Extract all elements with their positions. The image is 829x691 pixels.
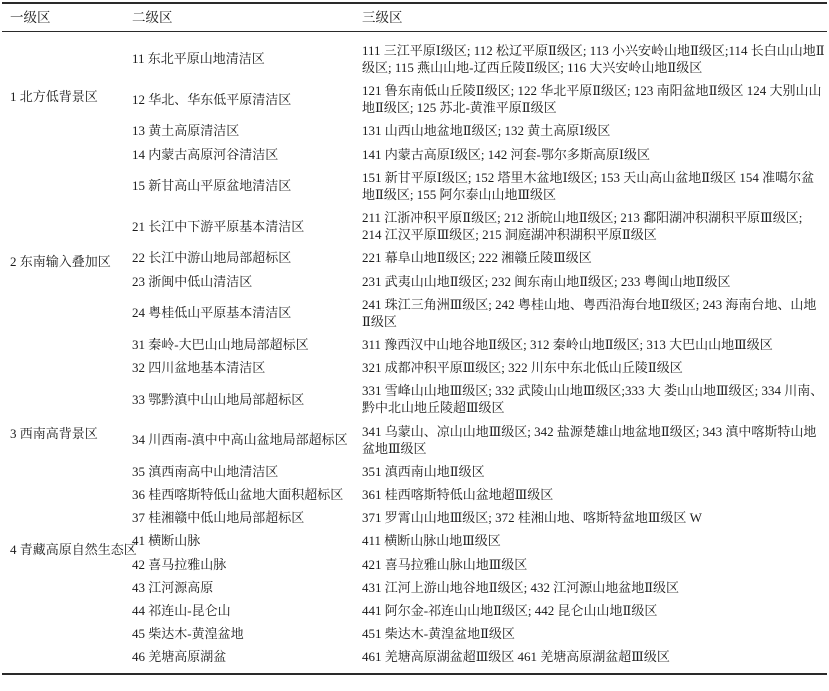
level2-region-cell: 34 川西南-滇中中高山盆地局部超标区: [132, 420, 362, 460]
level2-region-cell: 41 横断山脉: [132, 529, 362, 552]
level3-region-cell: 111 三江平原Ⅰ级区; 112 松辽平原Ⅱ级区; 113 小兴安岭山地Ⅱ级区;…: [362, 31, 827, 79]
level3-region-cell: 371 罗霄山山地Ⅲ级区; 372 桂湘山地、喀斯特盆地Ⅲ级区 W: [362, 506, 827, 529]
level2-region-cell: 14 内蒙古高原河谷清洁区: [132, 143, 362, 166]
level2-region-cell: 37 桂湘赣中低山地局部超标区: [132, 506, 362, 529]
level3-region-cell: 131 山西山地盆地Ⅱ级区; 132 黄土高原Ⅰ级区: [362, 119, 827, 142]
level3-region-cell: 141 内蒙古高原Ⅰ级区; 142 河套-鄂尔多斯高原Ⅰ级区: [362, 143, 827, 166]
level3-region-cell: 431 江河上游山地谷地Ⅱ级区; 432 江河源山地盆地Ⅱ级区: [362, 576, 827, 599]
level2-region-cell: 24 粤桂低山平原基本清洁区: [132, 293, 362, 333]
level3-region-cell: 411 横断山脉山地Ⅲ级区: [362, 529, 827, 552]
level1-region-label: 4 青藏高原自然生态区: [10, 541, 137, 558]
level3-region-cell: 341 乌蒙山、凉山山地Ⅲ级区; 342 盐源楚雄山地盆地Ⅱ级区; 343 滇中…: [362, 420, 827, 460]
level2-region-cell: 42 喜马拉雅山脉: [132, 553, 362, 576]
column-header-level1: 一级区: [2, 3, 132, 31]
level2-region-cell: 11 东北平原山地清洁区: [132, 31, 362, 79]
level2-region-cell: 35 滇西南高中山地清洁区: [132, 460, 362, 483]
header-row: 一级区 二级区 三级区: [2, 3, 827, 31]
level3-region-cell: 451 柴达木-黄湟盆地Ⅱ级区: [362, 622, 827, 645]
level1-region-cell: 2 东南输入叠加区: [2, 206, 132, 333]
level2-region-cell: 45 柴达木-黄湟盆地: [132, 622, 362, 645]
column-header-level2: 二级区: [132, 3, 362, 31]
level3-region-cell: 421 喜马拉雅山脉山地Ⅲ级区: [362, 553, 827, 576]
level3-region-cell: 121 鲁东南低山丘陵Ⅱ级区; 122 华北平原Ⅱ级区; 123 南阳盆地Ⅱ级区…: [362, 79, 827, 119]
level2-region-cell: 22 长江中游山地局部超标区: [132, 246, 362, 269]
table-row: 2 东南输入叠加区21 长江中下游平原基本清洁区211 江浙冲积平原Ⅱ级区; 2…: [2, 206, 827, 246]
table-row: 3 西南高背景区31 秦岭-大巴山山地局部超标区311 豫西汉中山地谷地Ⅱ级区;…: [2, 333, 827, 356]
document-page: 一级区 二级区 三级区 1 北方低背景区11 东北平原山地清洁区111 三江平原…: [0, 0, 829, 675]
level1-region-cell: 1 北方低背景区: [2, 31, 132, 206]
level3-region-cell: 211 江浙冲积平原Ⅱ级区; 212 浙皖山地Ⅱ级区; 213 鄱阳湖冲积湖积平…: [362, 206, 827, 246]
table-header: 一级区 二级区 三级区: [2, 3, 827, 31]
level1-region-label: 1 北方低背景区: [10, 88, 98, 105]
table-row: 4 青藏高原自然生态区41 横断山脉411 横断山脉山地Ⅲ级区: [2, 529, 827, 552]
level3-region-cell: 151 新甘平原Ⅰ级区; 152 塔里木盆地Ⅰ级区; 153 天山高山盆地Ⅱ级区…: [362, 166, 827, 206]
level2-region-cell: 12 华北、华东低平原清洁区: [132, 79, 362, 119]
level2-region-cell: 32 四川盆地基本清洁区: [132, 356, 362, 379]
level3-region-cell: 351 滇西南山地Ⅱ级区: [362, 460, 827, 483]
level2-region-cell: 33 鄂黔滇中山山地局部超标区: [132, 379, 362, 419]
level3-region-cell: 361 桂西喀斯特低山盆地超Ⅲ级区: [362, 483, 827, 506]
level3-region-cell: 441 阿尔金-祁连山山地Ⅱ级区; 442 昆仑山山地Ⅱ级区: [362, 599, 827, 622]
level1-region-cell: 4 青藏高原自然生态区: [2, 529, 132, 674]
level1-region-label: 2 东南输入叠加区: [10, 253, 111, 270]
table-row: 1 北方低背景区11 东北平原山地清洁区111 三江平原Ⅰ级区; 112 松辽平…: [2, 31, 827, 79]
level2-region-cell: 21 长江中下游平原基本清洁区: [132, 206, 362, 246]
level2-region-cell: 23 浙闽中低山清洁区: [132, 270, 362, 293]
level2-region-cell: 36 桂西喀斯特低山盆地大面积超标区: [132, 483, 362, 506]
level3-region-cell: 311 豫西汉中山地谷地Ⅱ级区; 312 秦岭山地Ⅱ级区; 313 大巴山山地Ⅲ…: [362, 333, 827, 356]
level3-region-cell: 321 成都冲积平原Ⅲ级区; 322 川东中东北低山丘陵Ⅱ级区: [362, 356, 827, 379]
column-header-level3: 三级区: [362, 3, 827, 31]
level2-region-cell: 46 羌塘高原湖盆: [132, 645, 362, 674]
level1-region-label: 3 西南高背景区: [10, 425, 98, 442]
table-body: 1 北方低背景区11 东北平原山地清洁区111 三江平原Ⅰ级区; 112 松辽平…: [2, 31, 827, 674]
level2-region-cell: 15 新甘高山平原盆地清洁区: [132, 166, 362, 206]
level3-region-cell: 331 雪峰山山地Ⅲ级区; 332 武陵山山地Ⅲ级区;333 大 娄山山地Ⅲ级区…: [362, 379, 827, 419]
level3-region-cell: 241 珠江三角洲Ⅲ级区; 242 粤桂山地、粤西沿海台地Ⅱ级区; 243 海南…: [362, 293, 827, 333]
region-classification-table: 一级区 二级区 三级区 1 北方低背景区11 东北平原山地清洁区111 三江平原…: [2, 2, 827, 675]
level1-region-cell: 3 西南高背景区: [2, 333, 132, 529]
level2-region-cell: 44 祁连山-昆仑山: [132, 599, 362, 622]
level3-region-cell: 221 幕阜山地Ⅱ级区; 222 湘赣丘陵Ⅲ级区: [362, 246, 827, 269]
level3-region-cell: 461 羌塘高原湖盆超Ⅲ级区 461 羌塘高原湖盆超Ⅲ级区: [362, 645, 827, 674]
level3-region-cell: 231 武夷山山地Ⅱ级区; 232 闽东南山地Ⅱ级区; 233 粤闽山地Ⅱ级区: [362, 270, 827, 293]
level2-region-cell: 43 江河源高原: [132, 576, 362, 599]
level2-region-cell: 13 黄土高原清洁区: [132, 119, 362, 142]
level2-region-cell: 31 秦岭-大巴山山地局部超标区: [132, 333, 362, 356]
